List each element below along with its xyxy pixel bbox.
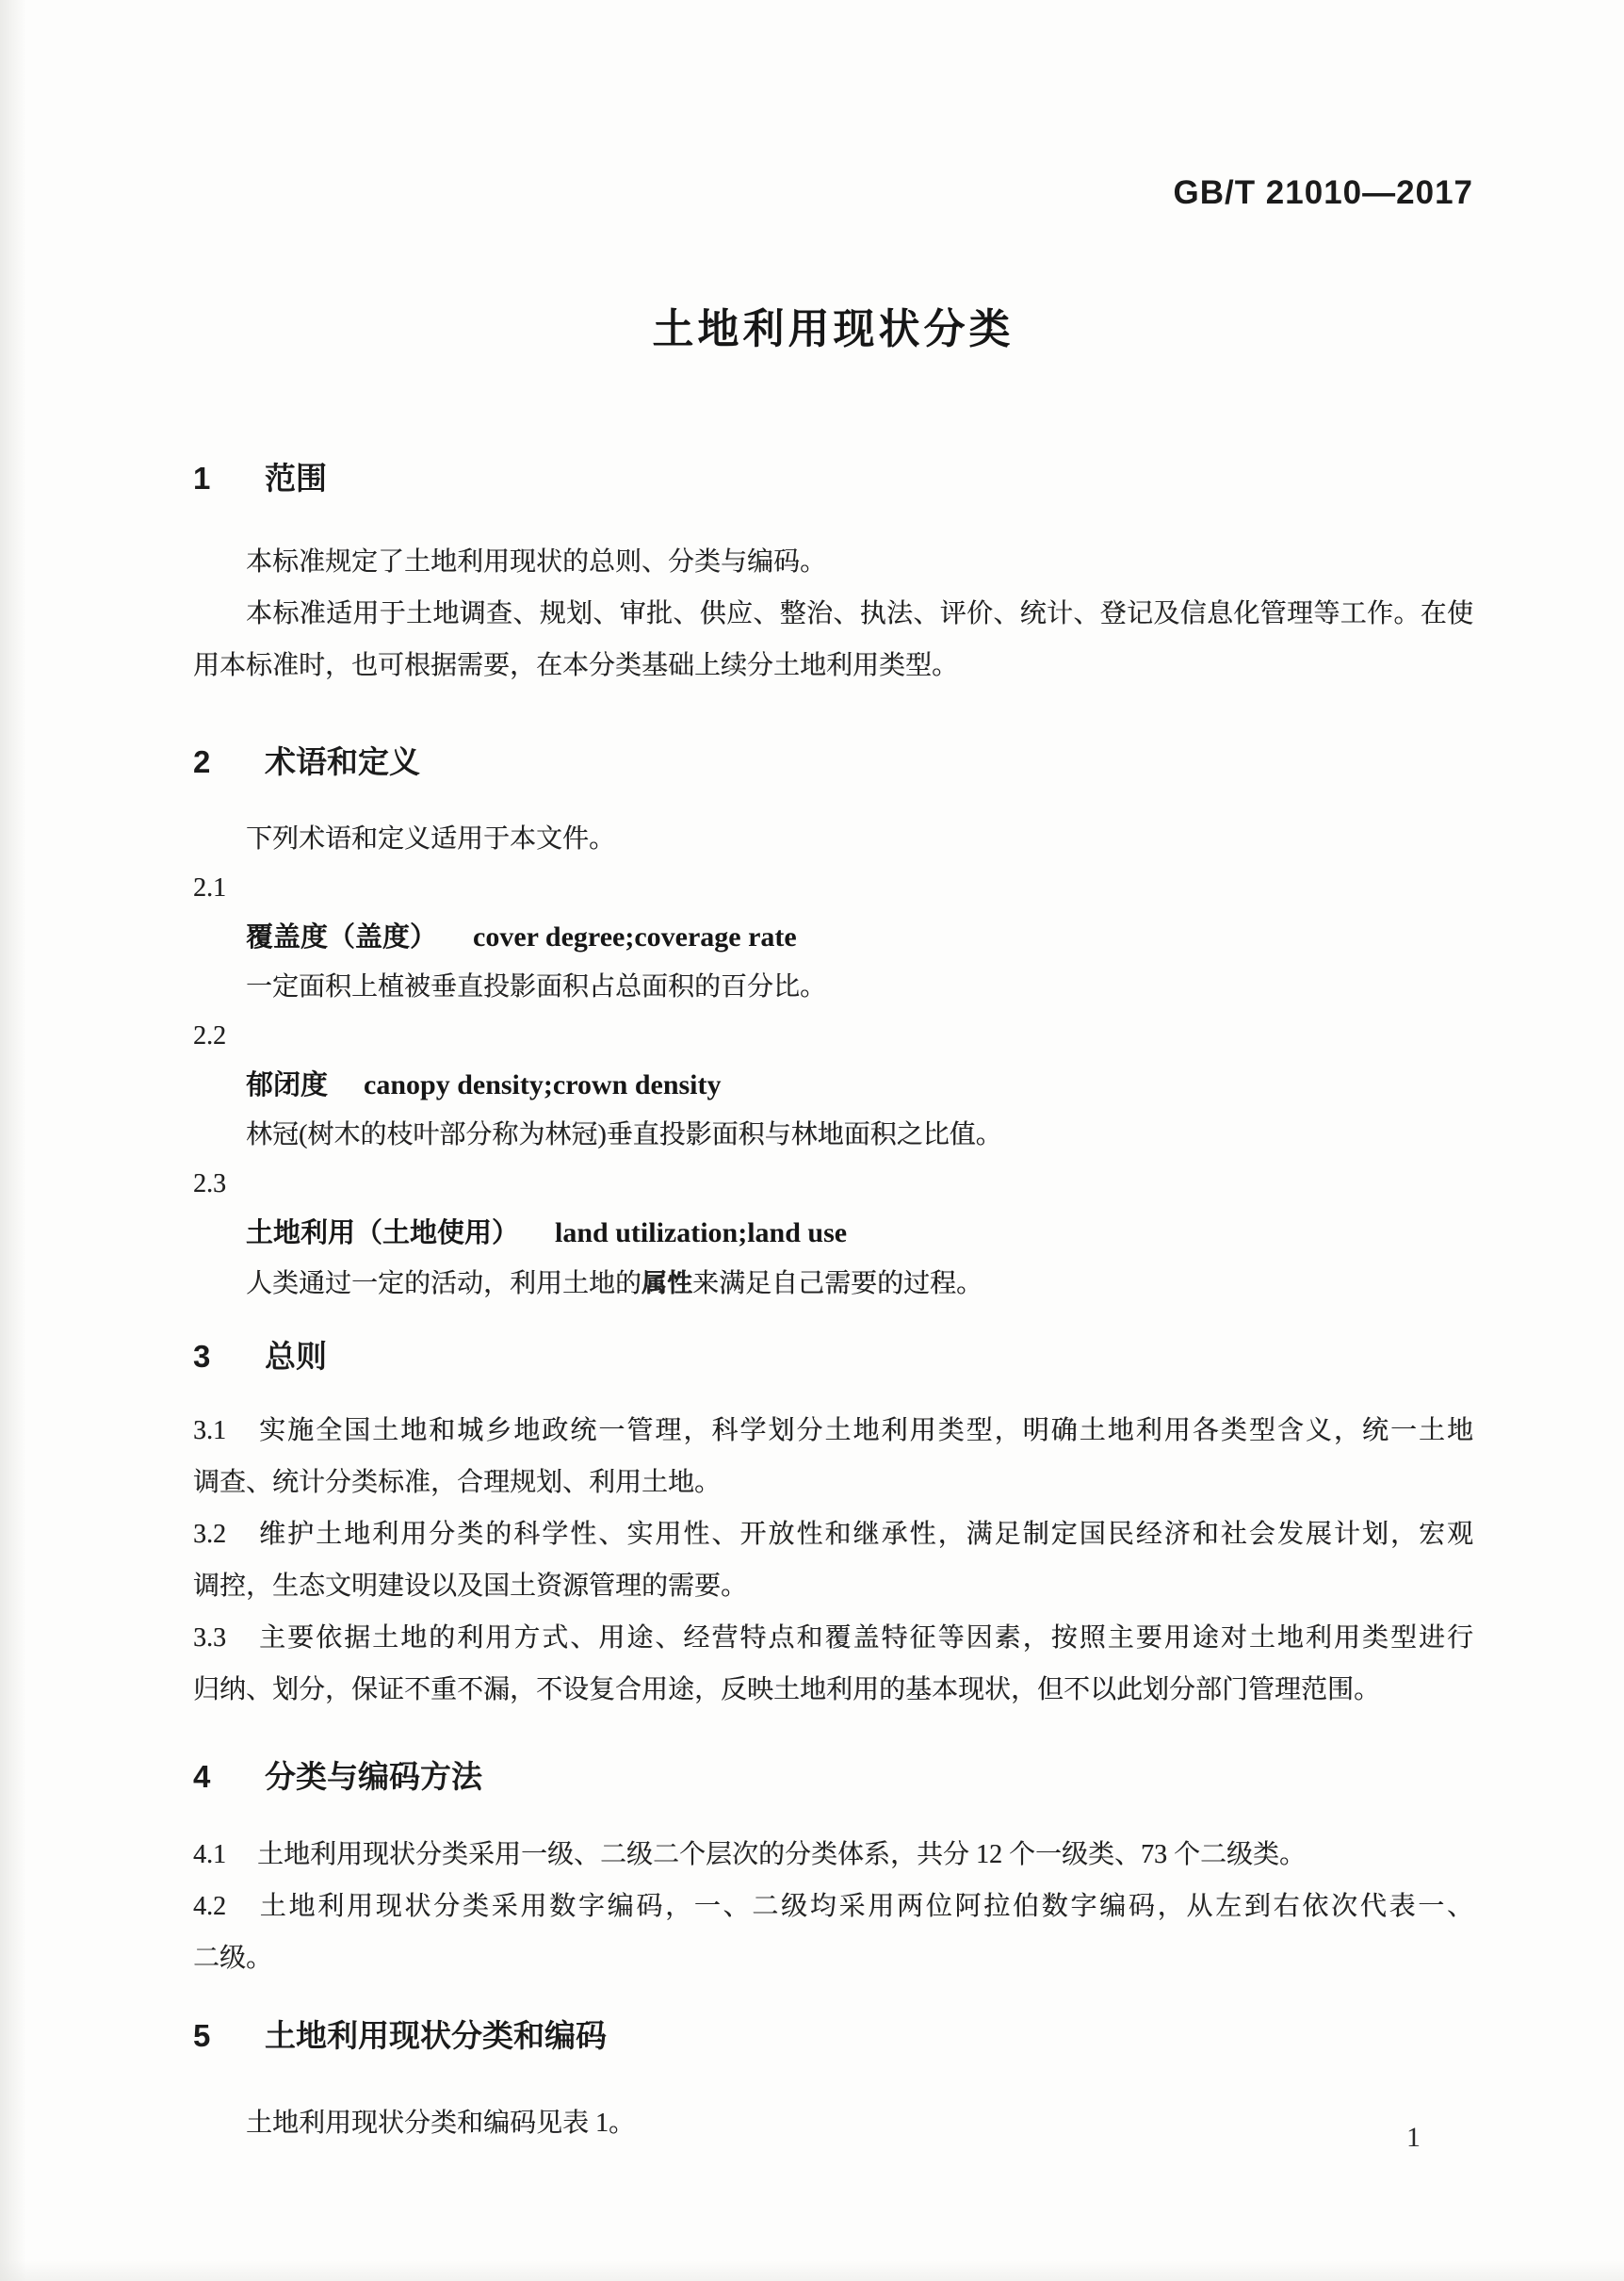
clause-number: 3.2 <box>193 1508 257 1560</box>
section-3-heading: 3总则 <box>193 1335 1473 1378</box>
term-2-3-en: land utilization;land use <box>555 1217 847 1248</box>
text-line: 3.1实施全国土地和城乡地政统一管理，科学划分土地利用类型，明确土地利用各类型含… <box>193 1405 1473 1457</box>
text-line: 4.1土地利用现状分类采用一级、二级二个层次的分类体系，共分 12 个一级类、7… <box>193 1829 1473 1881</box>
section-2-number: 2 <box>193 741 265 784</box>
terms-block: 下列术语和定义适用于本文件。 2.1 覆盖度（盖度）cover degree;c… <box>193 815 1473 1309</box>
term-2-2-number: 2.2 <box>193 1012 1473 1061</box>
scope-paragraph-1: 本标准规定了土地利用现状的总则、分类与编码。 <box>193 536 1473 588</box>
clause-3-1: 3.1实施全国土地和城乡地政统一管理，科学划分土地利用类型，明确土地利用各类型含… <box>193 1405 1473 1508</box>
standard-number: GB/T 21010—2017 <box>193 174 1473 212</box>
section-3-number: 3 <box>193 1335 265 1378</box>
section-5-heading: 5土地利用现状分类和编码 <box>193 2014 1473 2058</box>
scope-paragraph-2: 本标准适用于土地调查、规划、审批、供应、整治、执法、评价、统计、登记及信息化管理… <box>193 588 1473 692</box>
section-3-title: 总则 <box>265 1339 327 1374</box>
clause-text: 维护土地利用分类的科学性、实用性、开放性和继承性，满足制定国民经济和社会发展计划… <box>257 1520 1473 1549</box>
clause-text: 土地利用现状分类采用数字编码，一、二级均采用两位阿拉伯数字编码，从左到右依次代表… <box>257 1892 1473 1921</box>
section-4-heading: 4分类与编码方法 <box>193 1755 1473 1799</box>
section-4-title: 分类与编码方法 <box>265 1759 482 1794</box>
term-2-1-number: 2.1 <box>193 864 1473 913</box>
text-line: 本标准规定了土地利用现状的总则、分类与编码。 <box>193 536 1473 588</box>
text-line: 用本标准时，也可根据需要，在本分类基础上续分土地利用类型。 <box>193 640 1473 692</box>
clause-number: 4.1 <box>193 1829 257 1881</box>
term-2-1-en: cover degree;coverage rate <box>473 921 797 953</box>
document-page: GB/T 21010—2017 土地利用现状分类 1范围 本标准规定了土地利用现… <box>0 0 1624 2281</box>
clause-number: 4.2 <box>193 1881 257 1932</box>
clause-text: 实施全国土地和城乡地政统一管理，科学划分土地利用类型，明确土地利用各类型含义，统… <box>257 1416 1473 1445</box>
definition-emphasis: 属性 <box>641 1269 692 1297</box>
page-number: 1 <box>1406 2122 1421 2154</box>
text-line: 调控，生态文明建设以及国土资源管理的需要。 <box>193 1560 1473 1612</box>
section-2-heading: 2术语和定义 <box>193 741 1473 784</box>
text-line: 4.2土地利用现状分类采用数字编码，一、二级均采用两位阿拉伯数字编码，从左到右依… <box>193 1881 1473 1932</box>
section-5-title: 土地利用现状分类和编码 <box>265 2018 607 2053</box>
term-2-1-title: 覆盖度（盖度）cover degree;coverage rate <box>193 913 1473 963</box>
section-5-number: 5 <box>193 2014 265 2058</box>
clause-3-2: 3.2维护土地利用分类的科学性、实用性、开放性和继承性，满足制定国民经济和社会发… <box>193 1508 1473 1612</box>
clause-4-2: 4.2土地利用现状分类采用数字编码，一、二级均采用两位阿拉伯数字编码，从左到右依… <box>193 1881 1473 1984</box>
text-line: 土地利用现状分类和编码见表 1。 <box>193 2097 1473 2149</box>
text-line: 3.2维护土地利用分类的科学性、实用性、开放性和继承性，满足制定国民经济和社会发… <box>193 1508 1473 1560</box>
section-2-title: 术语和定义 <box>265 744 420 779</box>
clause-number: 3.1 <box>193 1405 257 1457</box>
term-2-2-definition: 林冠(树木的枝叶部分称为林冠)垂直投影面积与林地面积之比值。 <box>193 1111 1473 1160</box>
definition-text: 人类通过一定的活动，利用土地的 <box>246 1269 641 1298</box>
clause-number: 3.3 <box>193 1612 257 1664</box>
text-line: 本标准适用于土地调查、规划、审批、供应、整治、执法、评价、统计、登记及信息化管理… <box>193 588 1473 640</box>
table-reference-paragraph: 土地利用现状分类和编码见表 1。 <box>193 2097 1473 2149</box>
section-1-number: 1 <box>193 457 265 500</box>
clause-text: 主要依据土地的利用方式、用途、经营特点和覆盖特征等因素，按照主要用途对土地利用类… <box>257 1623 1473 1653</box>
definition-text: 来满足自己需要的过程。 <box>692 1269 983 1298</box>
text-line: 归纳、划分，保证不重不漏，不设复合用途，反映土地利用的基本现状，但不以此划分部门… <box>193 1664 1473 1716</box>
term-2-2-zh: 郁闭度 <box>246 1070 328 1100</box>
text-line: 3.3主要依据土地的利用方式、用途、经营特点和覆盖特征等因素，按照主要用途对土地… <box>193 1612 1473 1664</box>
clause-3-3: 3.3主要依据土地的利用方式、用途、经营特点和覆盖特征等因素，按照主要用途对土地… <box>193 1612 1473 1716</box>
term-2-3-number: 2.3 <box>193 1160 1473 1209</box>
terms-intro: 下列术语和定义适用于本文件。 <box>193 815 1473 864</box>
term-2-3-zh: 土地利用（土地使用） <box>246 1218 519 1248</box>
section-1-heading: 1范围 <box>193 457 1473 500</box>
text-line: 调查、统计分类标准，合理规划、利用土地。 <box>193 1457 1473 1508</box>
term-2-2-title: 郁闭度canopy density;crown density <box>193 1061 1473 1111</box>
clause-text: 土地利用现状分类采用一级、二级二个层次的分类体系，共分 12 个一级类、73 个… <box>257 1840 1306 1869</box>
section-4-number: 4 <box>193 1755 265 1799</box>
term-2-1-definition: 一定面积上植被垂直投影面积占总面积的百分比。 <box>193 963 1473 1012</box>
term-2-3-definition: 人类通过一定的活动，利用土地的属性来满足自己需要的过程。 <box>193 1259 1473 1309</box>
section-1-title: 范围 <box>265 461 327 496</box>
text-line: 二级。 <box>193 1932 1473 1984</box>
clause-4-1: 4.1土地利用现状分类采用一级、二级二个层次的分类体系，共分 12 个一级类、7… <box>193 1829 1473 1881</box>
term-2-1-zh: 覆盖度（盖度） <box>246 922 437 953</box>
document-title: 土地利用现状分类 <box>193 301 1473 358</box>
term-2-3-title: 土地利用（土地使用）land utilization;land use <box>193 1209 1473 1259</box>
term-2-2-en: canopy density;crown density <box>364 1069 721 1100</box>
